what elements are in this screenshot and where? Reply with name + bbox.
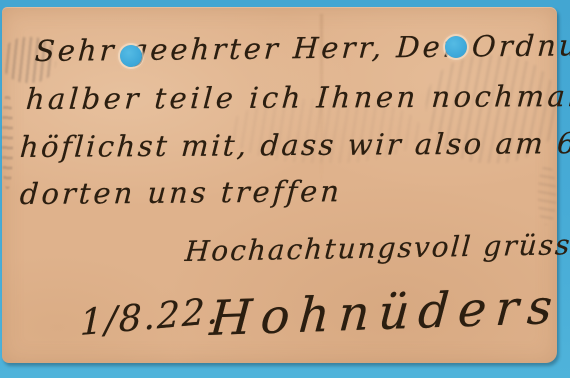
signature: Hohnüders — [208, 279, 563, 347]
postmark-smudge-left-edge — [2, 93, 13, 189]
handwritten-line-3: höflichst mit, dass wir also am 6. — [19, 126, 570, 164]
handwritten-date: 1/8.22. — [80, 291, 221, 344]
punch-hole-right — [445, 36, 467, 58]
postmark-smudge-right-edge — [538, 165, 556, 225]
handwritten-line-4: dorten uns treffen — [19, 174, 343, 211]
punch-hole-left — [120, 45, 142, 67]
photo-background: Sehr geehrter Herr, Der Ordnung halber t… — [0, 0, 570, 378]
handwritten-line-1: Sehr geehrter Herr, Der Ordnung — [34, 28, 570, 68]
postcard: Sehr geehrter Herr, Der Ordnung halber t… — [2, 7, 557, 363]
handwritten-line-2: halber teile ich Ihnen nochmals — [25, 79, 570, 116]
closing-line: Hochachtungsvoll grüsst — [184, 228, 570, 268]
